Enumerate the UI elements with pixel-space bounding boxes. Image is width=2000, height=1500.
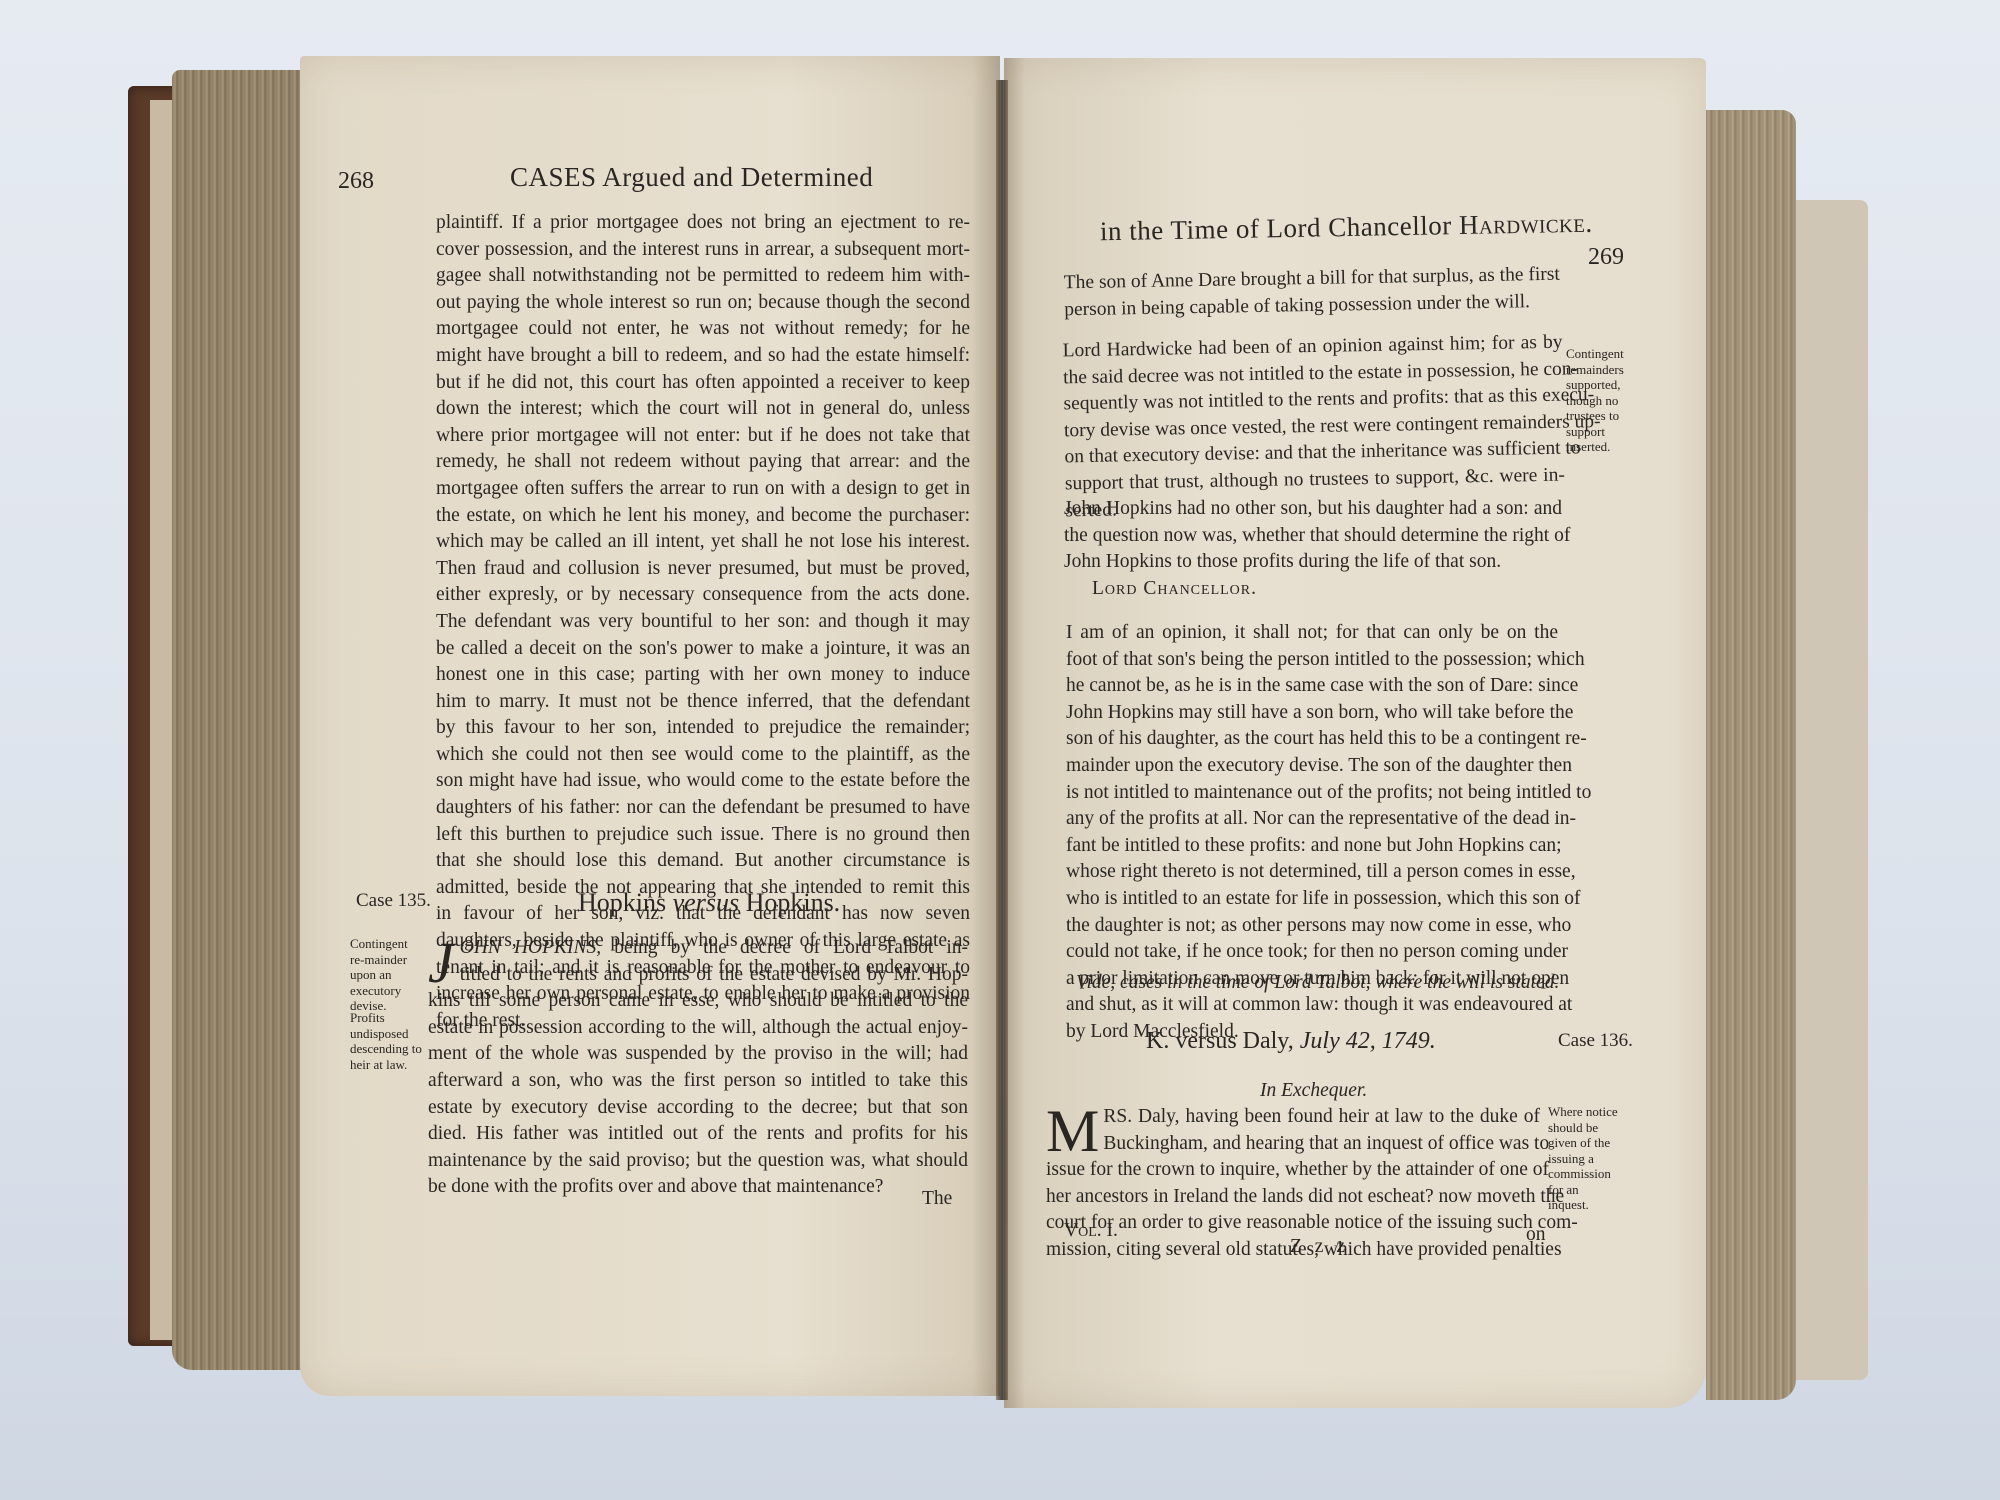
text-line: might have brought a bill to redeem, and…	[436, 343, 970, 370]
running-head-prefix: in the Time of Lord Chancellor	[1100, 210, 1452, 246]
left-folio: 268	[338, 168, 374, 195]
text-line: but if he did not, this court has often …	[436, 370, 970, 397]
text-line: be called a deceit on the son's power to…	[436, 636, 970, 663]
text-line: mainder upon the executory devise. The s…	[1066, 753, 1558, 780]
page-edges-right	[1706, 110, 1796, 1400]
running-head-name: Hardwicke.	[1459, 208, 1593, 240]
case-136-date: July 42, 1749.	[1300, 1028, 1436, 1054]
court-label: In Exchequer.	[1260, 1078, 1367, 1105]
text-line: which she could not then see would come …	[436, 742, 970, 769]
case-title-party-left: Hopkins	[578, 888, 666, 917]
text-line: issue for the crown to inquire, whether …	[1046, 1157, 1540, 1184]
text-line: whose right thereto is not determined, t…	[1066, 859, 1558, 886]
text-line: that she should lose this demand. But an…	[436, 848, 970, 875]
text-line: left this burthen to prejudice such issu…	[436, 822, 970, 849]
text-line: remedy, he shall not redeem without payi…	[436, 449, 970, 476]
text-line: her ancestors in Ireland the lands did n…	[1046, 1184, 1540, 1211]
text-line: daughters of his father: nor can the def…	[436, 795, 970, 822]
right-folio: 269	[1588, 244, 1624, 271]
text-line: cover possession, and the interest runs …	[436, 237, 970, 264]
case-135-number: Case 135.	[356, 890, 431, 912]
vide-note: Vide, cases in the time of Lord Talbot, …	[1076, 970, 1559, 997]
text-line: honest one in this case; parting with he…	[436, 662, 970, 689]
text-line: maintenance by the said proviso; but the…	[428, 1148, 968, 1175]
text-line: he cannot be, as he is in the same case …	[1066, 673, 1558, 700]
text-line: mortgagee could not enter, he was not wi…	[436, 316, 970, 343]
text-line: either expresly, or by necessary consequ…	[436, 582, 970, 609]
text-line: kins till some person came in esse, who …	[428, 988, 968, 1015]
text-line: by this favour to her son, intended to p…	[436, 715, 970, 742]
text-line: which may be called an ill intent, yet s…	[436, 529, 970, 556]
case-136-title: K. versus Daly, July 42, 1749.	[1146, 1028, 1436, 1055]
text-line: I am of an opinion, it shall not; for th…	[1066, 620, 1558, 647]
text-line: estate in possession according to the wi…	[428, 1015, 968, 1042]
text-line: mortgagee often suffers the arrear to ru…	[436, 476, 970, 503]
text-line: down the interest; which the court will …	[436, 396, 970, 423]
text-line: be done with the profits over and above …	[428, 1174, 968, 1201]
text-line: estate by executory devise according to …	[428, 1095, 968, 1122]
text-line: RS. Daly, having been found heir at law …	[1046, 1104, 1540, 1131]
text-line: plaintiff. If a prior mortgagee does not…	[436, 210, 970, 237]
case-title-party-right: Hopkins.	[746, 888, 841, 917]
right-catchword: on	[1526, 1222, 1546, 1249]
opening-caps: OHN HOPKINS,	[460, 937, 601, 958]
margin-note-notice-inquest: Where notice should be given of the issu…	[1548, 1104, 1622, 1213]
text-line: who is intitled to an estate for life in…	[1066, 886, 1558, 913]
right-para-1: The son of Anne Dare brought a bill for …	[1064, 262, 1559, 324]
text-line: the daughter is not; as other persons ma…	[1066, 913, 1558, 940]
text-line: the question now was, whether that shoul…	[1064, 523, 1562, 550]
text-line: Then fraud and collusion is never presum…	[436, 556, 970, 583]
text-line: son might have had issue, who would come…	[436, 768, 970, 795]
endpaper-right	[1796, 200, 1868, 1380]
text-line: out paying the whole interest so run on;…	[436, 290, 970, 317]
margin-note-profits-undisposed: Profits undisposed descending to heir at…	[350, 1010, 422, 1072]
case-136-number: Case 136.	[1558, 1030, 1633, 1052]
drop-cap-j: J	[428, 939, 454, 987]
text-line: gagee shall notwithstanding not be permi…	[436, 263, 970, 290]
text-line: court for an order to give reasonable no…	[1046, 1210, 1540, 1237]
text-line: John Hopkins may still have a son born, …	[1066, 700, 1558, 727]
case-title-versus: versus	[673, 888, 739, 917]
text-line: fant be intitled to these profits: and n…	[1066, 833, 1558, 860]
text-line: The defendant was very bountiful to her …	[436, 609, 970, 636]
case-135-title: Hopkins versus Hopkins.	[578, 888, 840, 918]
text-line: foot of that son's being the person inti…	[1066, 647, 1558, 674]
text-line: John Hopkins had no other son, but his d…	[1064, 496, 1562, 523]
right-para-3: John Hopkins had no other son, but his d…	[1064, 496, 1562, 576]
speaker-lord-chancellor: Lord Chancellor.	[1092, 576, 1257, 603]
volume-label: Vol. I.	[1064, 1218, 1118, 1245]
text-line: John Hopkins to those profits during the…	[1064, 549, 1562, 576]
left-catchword: The	[922, 1186, 952, 1213]
page-edges-left	[172, 70, 304, 1370]
text-line: afterward a son, who was the first perso…	[428, 1068, 968, 1095]
text-line: died. His father was intitled out of the…	[428, 1121, 968, 1148]
text-line: Buckingham, and hearing that an inquest …	[1046, 1131, 1540, 1158]
text-line: him to marry. It must not be thence infe…	[436, 689, 970, 716]
margin-note-contingent-remainders-supported: Contingent remainders supported, though …	[1566, 346, 1638, 455]
text-line: being by the decree of Lord Talbot in-	[614, 937, 968, 958]
text-line: any of the profits at all. Nor can the r…	[1066, 806, 1558, 833]
signature-mark: Z z z	[1290, 1234, 1349, 1261]
case-135-body: J OHN HOPKINS, being by the decree of Lo…	[428, 935, 968, 1201]
text-line: titled to the rents and profits of the e…	[428, 962, 968, 989]
left-running-head: CASES Argued and Determined	[510, 162, 873, 193]
text-line: is not intitled to maintenance out of th…	[1066, 780, 1558, 807]
drop-cap-m: M	[1046, 1106, 1099, 1156]
text-line: son of his daughter, as the court has he…	[1066, 726, 1558, 753]
text-line: ment of the whole was suspended by the p…	[428, 1041, 968, 1068]
case-136-parties: K. versus Daly,	[1146, 1028, 1294, 1054]
text-line: where prior mortgagee will not enter: bu…	[436, 423, 970, 450]
book-gutter	[996, 80, 1008, 1400]
text-line: could not take, if he once took; for the…	[1066, 939, 1558, 966]
text-line: the estate, on which he lent his money, …	[436, 503, 970, 530]
margin-note-contingent-remainder: Contingent re-mainder upon an executory …	[350, 936, 422, 1014]
